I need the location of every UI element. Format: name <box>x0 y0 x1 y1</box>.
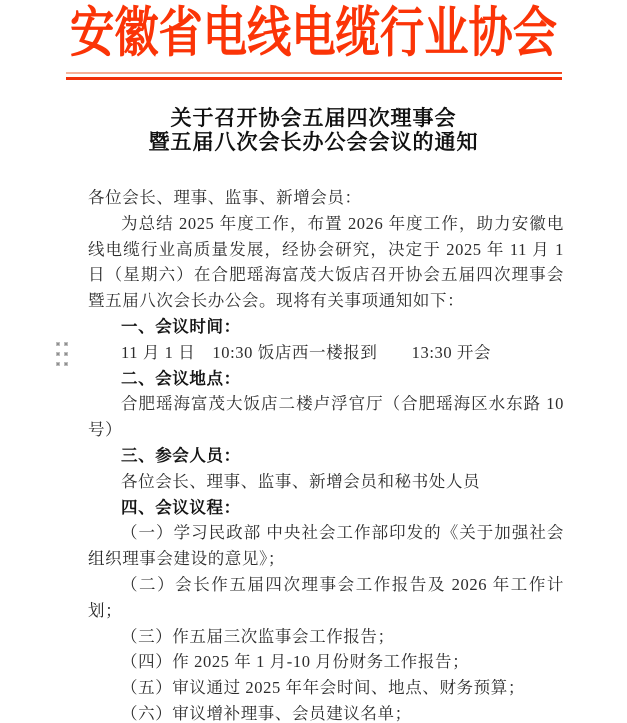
red-divider-bottom-line <box>66 77 562 80</box>
section-1-heading: 一、会议时间： <box>88 314 564 340</box>
section-4-item-6: （六）审议增补理事、会员建议名单； <box>88 701 564 723</box>
section-4-item-2: （二）会长作五届四次理事会工作报告及 2026 年工作计划； <box>88 572 564 624</box>
document-title-line2: 暨五届八次会长办公会会议的通知 <box>0 130 627 154</box>
drag-handle-dot <box>56 362 60 366</box>
section-3-item-1: 各位会长、理事、监事、新增会员和秘书处人员 <box>88 469 564 495</box>
section-4-item-1: （一）学习民政部 中央社会工作部印发的《关于加强社会组织理事会建设的意见》； <box>88 520 564 572</box>
drag-handle-dot <box>64 352 68 356</box>
red-divider <box>66 72 562 80</box>
organization-name: 安徽省电线电缆行业协会 <box>56 3 570 63</box>
section-2-heading: 二、会议地点： <box>88 366 564 392</box>
section-4-heading: 四、会议议程： <box>88 495 564 521</box>
document-title: 关于召开协会五届四次理事会 暨五届八次会长办公会会议的通知 <box>0 106 627 154</box>
section-4-item-5: （五）审议通过 2025 年年会时间、地点、财务预算； <box>88 675 564 701</box>
salutation: 各位会长、理事、监事、新增会员： <box>88 185 564 211</box>
drag-handle-icon[interactable] <box>56 342 68 366</box>
section-2-item-1: 合肥瑶海富茂大饭店二楼卢浮官厅（合肥瑶海区水东路 10 号） <box>88 391 564 443</box>
letterhead: 安徽省电线电缆行业协会 <box>0 0 627 80</box>
drag-handle-dot <box>56 342 60 346</box>
section-3-heading: 三、参会人员： <box>88 443 564 469</box>
section-4-item-4: （四）作 2025 年 1 月-10 月份财务工作报告； <box>88 649 564 675</box>
document-body: 各位会长、理事、监事、新增会员： 为总结 2025 年度工作，布置 2026 年… <box>0 185 627 723</box>
document-page: 安徽省电线电缆行业协会 关于召开协会五届四次理事会 暨五届八次会长办公会会议的通… <box>0 0 627 723</box>
intro-paragraph: 为总结 2025 年度工作，布置 2026 年度工作，助力安徽电线电缆行业高质量… <box>88 211 564 314</box>
drag-handle-dot <box>64 362 68 366</box>
document-title-line1: 关于召开协会五届四次理事会 <box>0 106 627 130</box>
drag-handle-dot <box>64 342 68 346</box>
section-1-item-1: 11 月 1 日 10:30 饭店西一楼报到 13:30 开会 <box>88 340 564 366</box>
section-4-item-3: （三）作五届三次监事会工作报告； <box>88 624 564 650</box>
drag-handle-dot <box>56 352 60 356</box>
